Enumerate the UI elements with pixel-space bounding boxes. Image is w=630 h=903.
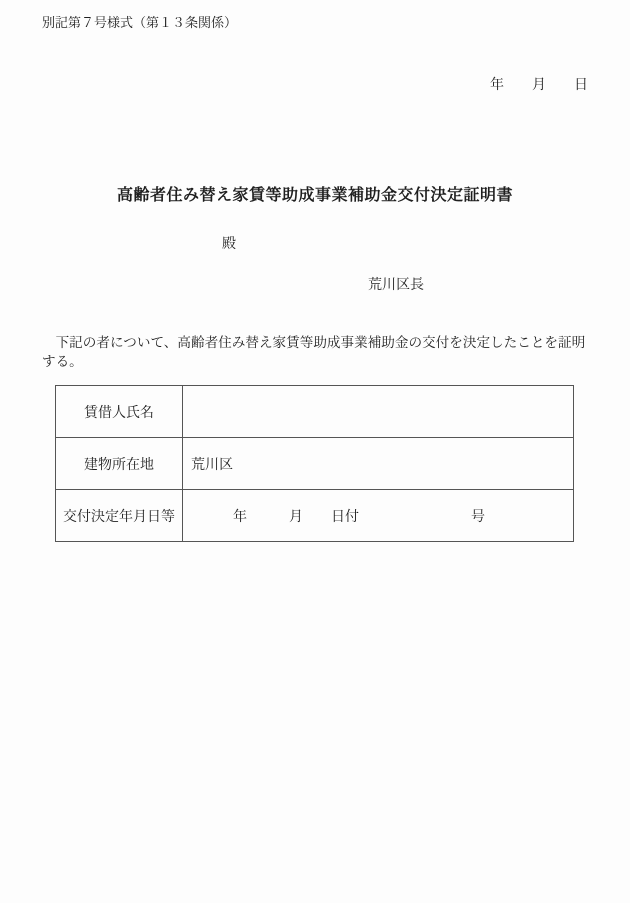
row-value-tenant-name [183, 386, 574, 438]
addressee-suffix: 殿 [0, 236, 630, 253]
body-paragraph: 下記の者について、高齢者住み替え家賃等助成事業補助金の交付を決定したことを証明 … [42, 333, 594, 371]
form-id-note: 別記第７号様式（第１３条関係） [42, 15, 630, 31]
table-row-building-location: 建物所在地 荒川区 [56, 438, 574, 490]
document-title: 高齢者住み替え家賃等助成事業補助金交付決定証明書 [0, 186, 630, 206]
table-row-grant-decision-date: 交付決定年月日等 年 月 日付 号 [56, 490, 574, 542]
date-line: 年 月 日 [0, 78, 630, 94]
row-label-tenant-name: 賃借人氏名 [56, 386, 183, 438]
row-value-grant-decision-date: 年 月 日付 号 [183, 490, 574, 542]
document-page: 別記第７号様式（第１３条関係） 年 月 日 高齢者住み替え家賃等助成事業補助金交… [0, 0, 630, 903]
body-line-1: 下記の者について、高齢者住み替え家賃等助成事業補助金の交付を決定したことを証明 [42, 335, 585, 350]
row-label-building-location: 建物所在地 [56, 438, 183, 490]
decision-table: 賃借人氏名 建物所在地 荒川区 交付決定年月日等 年 月 日付 号 [55, 385, 574, 542]
row-label-grant-decision-date: 交付決定年月日等 [56, 490, 183, 542]
body-line-2: する。 [42, 354, 83, 369]
table-row-tenant-name: 賃借人氏名 [56, 386, 574, 438]
row-value-building-location: 荒川区 [183, 438, 574, 490]
issuer-name: 荒川区長 [0, 277, 630, 294]
